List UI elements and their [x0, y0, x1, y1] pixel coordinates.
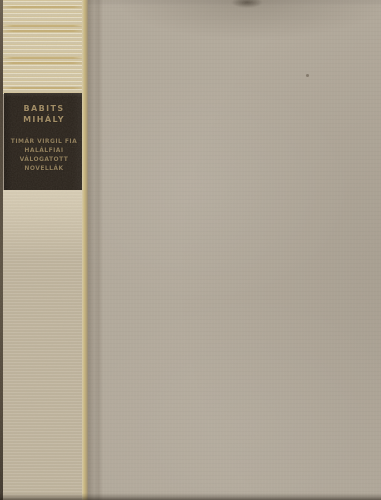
title-line: HALÁLFIAI	[11, 146, 77, 155]
spine-gold-band	[0, 87, 86, 89]
title-line: NOVELLÁK	[11, 164, 77, 173]
author-name-line: BABITS	[24, 103, 65, 114]
spine-gold-band	[0, 6, 86, 8]
title-line: TIMÁR VIRGIL FIA	[11, 137, 77, 146]
spine-gold-band	[0, 30, 86, 32]
photo-bottom-shadow	[0, 493, 381, 500]
book-photo: BABITS MIHÁLY TIMÁR VIRGIL FIA HALÁLFIAI…	[0, 0, 381, 500]
cover-smudge	[231, 0, 263, 8]
spine-ribs-top	[0, 0, 88, 94]
spine-label: BABITS MIHÁLY TIMÁR VIRGIL FIA HALÁLFIAI…	[4, 93, 84, 190]
title-line: VÁLOGATOTT	[11, 155, 77, 164]
spine-ribs-bottom	[0, 190, 88, 500]
spine-title-block: TIMÁR VIRGIL FIA HALÁLFIAI VÁLOGATOTT NO…	[11, 137, 77, 173]
spine-edge-ridge	[82, 0, 88, 500]
book-cover	[88, 0, 381, 500]
spine-left-edge	[0, 0, 3, 500]
author-name-line: MIHÁLY	[23, 114, 65, 125]
spine-gold-band	[0, 57, 86, 59]
cover-speck	[306, 74, 309, 77]
cover-hinge-groove	[88, 0, 103, 500]
book-spine: BABITS MIHÁLY TIMÁR VIRGIL FIA HALÁLFIAI…	[0, 0, 88, 500]
spine-gold-band	[0, 62, 86, 64]
spine-gold-band	[0, 25, 86, 27]
